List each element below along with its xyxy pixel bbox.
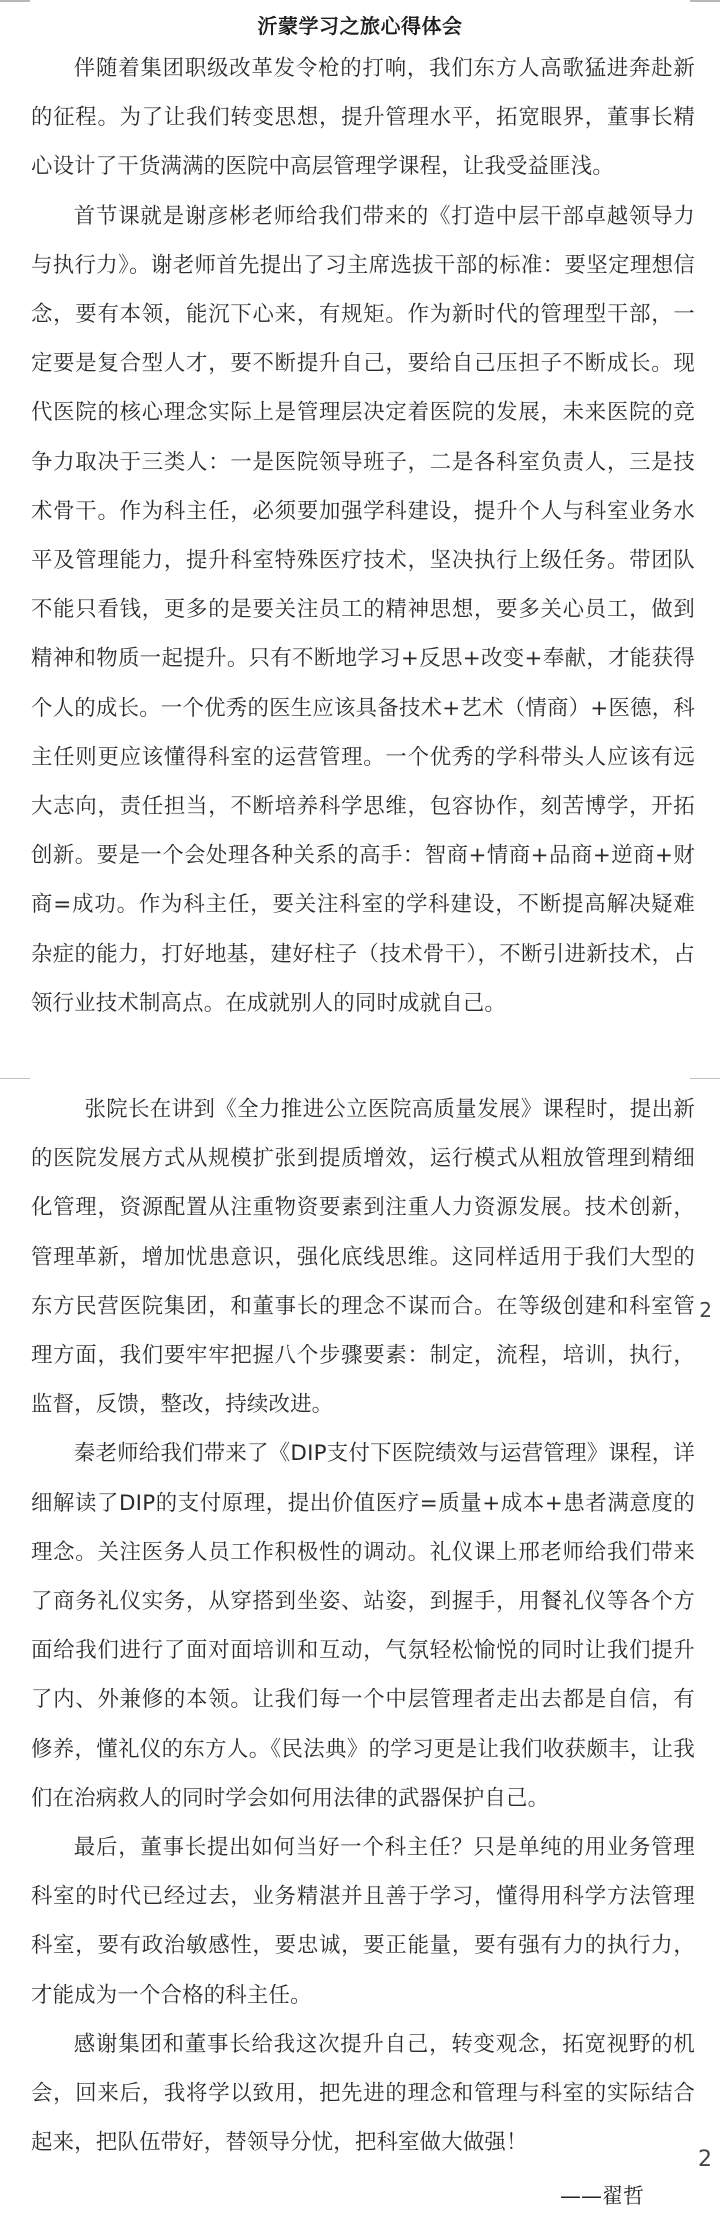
paragraph-intro: 伴随着集团职级改革发令枪的打响，我们东方人高歌猛进奔赴新的征程。为了让我们转变思… xyxy=(31,44,695,192)
paragraph-chairman: 最后，董事长提出如何当好一个科主任？只是单纯的用业务管理科室的时代已经过去，业务… xyxy=(31,1823,695,2020)
document-title: 沂蒙学习之旅心得体会 xyxy=(0,10,720,39)
paragraph-thanks: 感谢集团和董事长给我这次提升自己，转变观念，拓宽视野的机会，回来后，我将学以致用… xyxy=(31,2020,695,2168)
paragraph-first-lesson: 首节课就是谢彦彬老师给我们带来的《打造中层干部卓越领导力与执行力》。谢老师首先提… xyxy=(31,192,695,1028)
page-break-line-left xyxy=(0,1078,30,1079)
page-break-line-right xyxy=(690,1078,720,1079)
page-number-badge[interactable]: 2 xyxy=(662,1280,712,1340)
page-number-badge[interactable]: 2 xyxy=(662,2130,712,2190)
page-corner-mark-right xyxy=(690,0,720,2)
paragraph-qin-lesson: 秦老师给我们带来了《DIP支付下医院绩效与运营管理》课程，详细解读了DIP的支付… xyxy=(31,1429,695,1823)
page-1-body: 伴随着集团职级改革发令枪的打响，我们东方人高歌猛进奔赴新的征程。为了让我们转变思… xyxy=(31,44,695,1028)
author-signature: ——翟哲 xyxy=(560,2180,644,2210)
paragraph-zhang-lesson: 张院长在讲到《全力推进公立医院高质量发展》课程时，提出新的医院发展方式从规模扩张… xyxy=(31,1085,695,1429)
page-corner-mark-left xyxy=(0,0,30,2)
page-2-body: 张院长在讲到《全力推进公立医院高质量发展》课程时，提出新的医院发展方式从规模扩张… xyxy=(31,1085,695,2167)
